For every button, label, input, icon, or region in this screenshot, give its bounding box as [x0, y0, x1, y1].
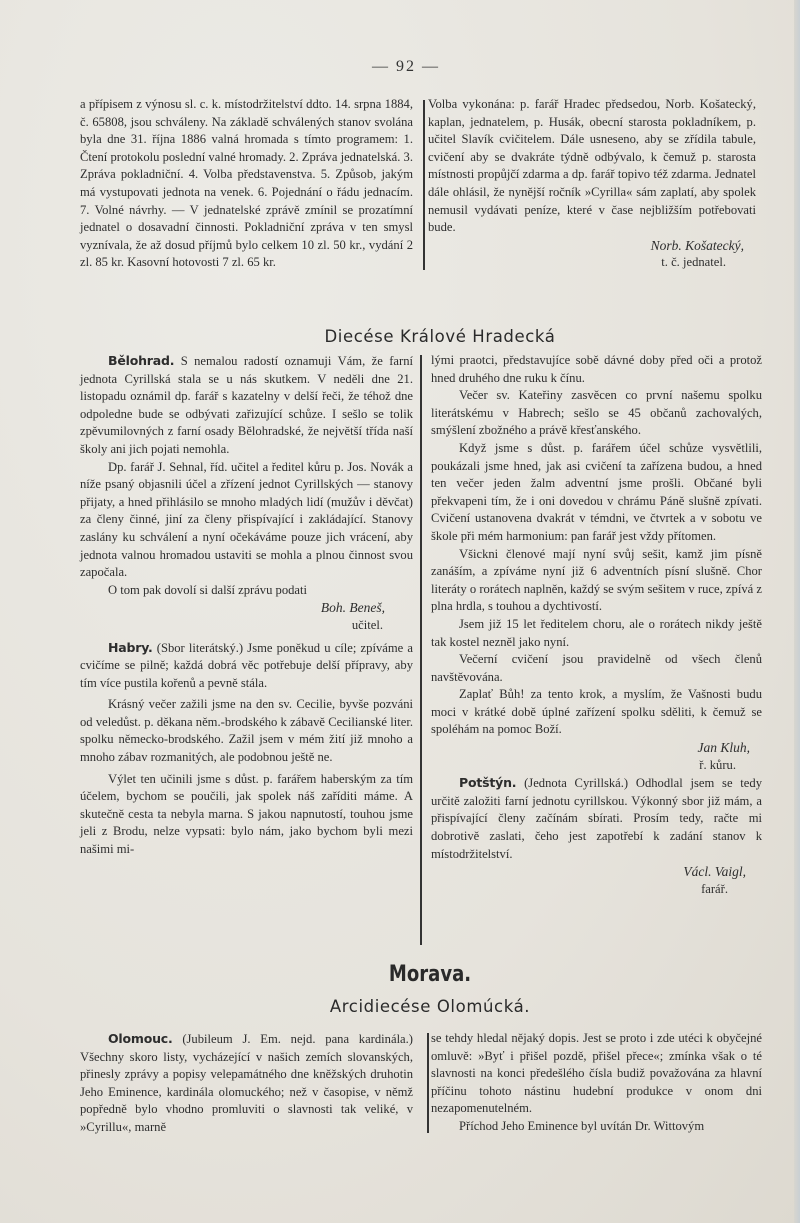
belohrad-report: Bělohrad. S nemalou radostí oznamuji Vám… [80, 352, 413, 459]
top-right-column: Volba vykonána: p. farář Hradec předsedo… [428, 96, 756, 272]
paragraph: Dp. farář J. Sehnal, říd. učitel a ředit… [80, 459, 413, 582]
paragraph: a přípisem z výnosu sl. c. k. místodržit… [80, 96, 413, 272]
belohrad-habry-column: Bělohrad. S nemalou radostí oznamuji Vám… [80, 352, 413, 859]
signature: Václ. Vaigl, [431, 863, 746, 881]
paragraph: Jsem již 15 let ředitelem choru, ale o r… [431, 616, 762, 651]
paragraph: Když jsme s důst. p. farářem účel schůze… [431, 440, 762, 546]
column-rule [427, 1033, 429, 1133]
paragraph: Večerní cvičení jsou pravidelně od všech… [431, 651, 762, 686]
potstyn-report: Potštýn. (Jednota Cyrillská.) Odhodlal j… [431, 774, 762, 863]
top-left-column: a přípisem z výnosu sl. c. k. místodržit… [80, 96, 413, 272]
paragraph: Výlet ten učinili jsme s důst. p. faráře… [80, 771, 413, 859]
paragraph: lými praotci, představujíce sobě dávné d… [431, 352, 762, 387]
paragraph: Večer sv. Kateřiny zasvěcen co první naš… [431, 387, 762, 440]
paragraph: Volba vykonána: p. farář Hradec předsedo… [428, 96, 756, 237]
paragraph: se tehdy hledal nějaký dopis. Jest se pr… [431, 1030, 762, 1118]
place-name: Bělohrad. [108, 353, 174, 368]
olomouc-column: Olomouc. (Jubileum J. Em. nejd. pana kar… [80, 1030, 413, 1137]
column-rule [423, 100, 425, 270]
olomouc-report: Olomouc. (Jubileum J. Em. nejd. pana kar… [80, 1030, 413, 1137]
paragraph: Příchod Jeho Eminence byl uvítán Dr. Wit… [431, 1118, 762, 1136]
habry-report: Habry. (Sbor literátský.) Jsme poněkud u… [80, 639, 413, 693]
signature: Norb. Košatecký, [428, 237, 744, 255]
olomouc-continued-column: se tehdy hledal nějaký dopis. Jest se pr… [431, 1030, 762, 1136]
signature-role: učitel. [80, 617, 383, 635]
habry-continued-potstyn-column: lými praotci, představujíce sobě dávné d… [431, 352, 762, 898]
signature: Jan Kluh, [431, 739, 750, 757]
signature-role: ř. kůru. [431, 757, 736, 775]
page-number: — 92 — [372, 58, 452, 76]
place-name: Potštýn. [459, 775, 516, 790]
paragraph: Všickni členové mají nyní svůj sešit, ka… [431, 546, 762, 616]
place-name: Olomouc. [108, 1031, 173, 1046]
signature-role: t. č. jednatel. [428, 254, 726, 272]
paragraph: Zaplať Bůh! za tento krok, a myslím, že … [431, 686, 762, 739]
section-heading-diocese: Diecése Králové Hradecká [40, 327, 800, 346]
signature-role: farář. [431, 881, 728, 899]
paragraph: O tom pak dovolí si další zprávu podati [80, 582, 413, 600]
signature: Boh. Beneš, [80, 599, 385, 617]
column-rule [420, 355, 422, 945]
paragraph: Krásný večer zažili jsme na den sv. Ceci… [80, 696, 413, 766]
page-edge [794, 0, 800, 1223]
section-heading-moravia: Morava. [102, 962, 758, 987]
place-name: Habry. [108, 640, 153, 655]
section-subheading-archdiocese: Arcidiecése Olomúcká. [30, 997, 800, 1016]
